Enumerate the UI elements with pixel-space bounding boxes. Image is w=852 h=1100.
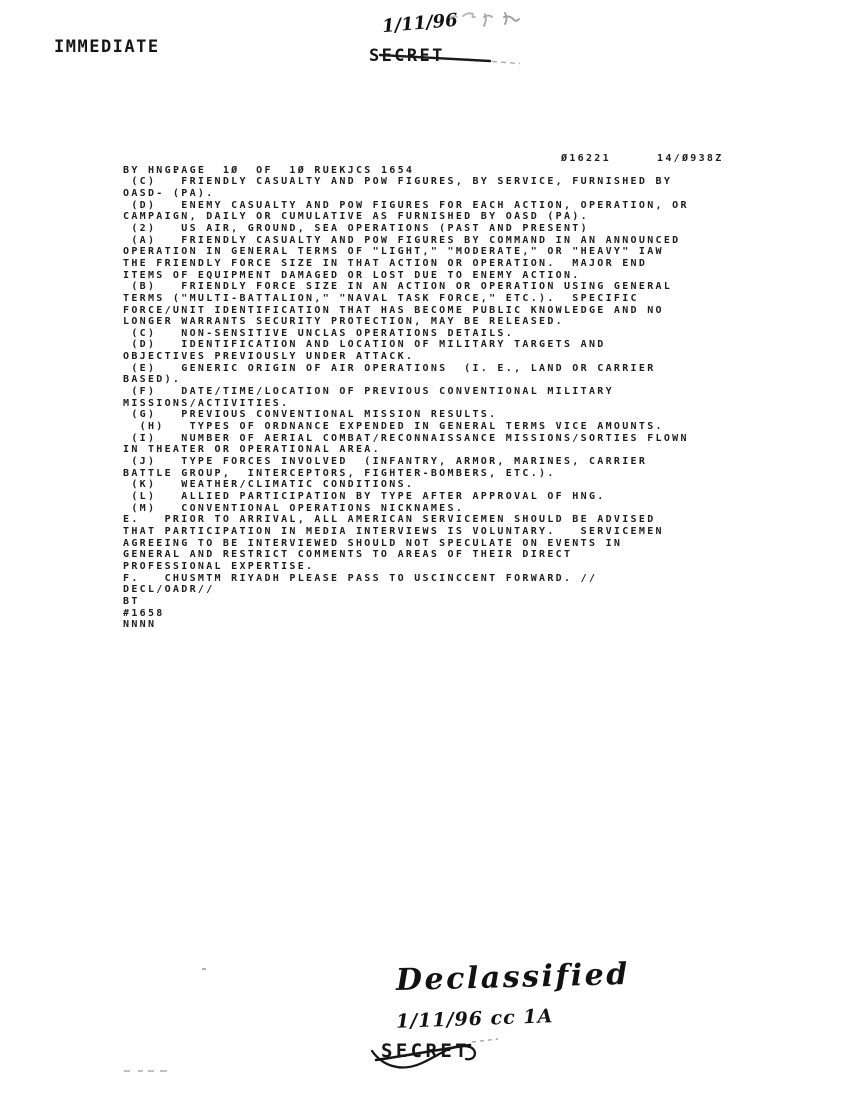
message-body: BY HNG. (C) FRIENDLY CASUALTY AND POW FI…	[123, 165, 763, 631]
scan-noise-dot	[202, 968, 206, 970]
date-time-group: 14/Ø938Z	[657, 153, 724, 165]
message-header-line: PAGE 1Ø OF 1Ø RUEKJCS 1654 Ø16221 14/Ø93…	[123, 153, 763, 165]
handwritten-date-bottom: 1/11/96 cc 1A	[396, 1005, 554, 1032]
scanned-document-page: IMMEDIATE 1/11/96 SECRET PAGE 1Ø OF 1Ø R…	[0, 0, 852, 1100]
scan-noise-dashes	[122, 1068, 182, 1074]
priority-stamp: IMMEDIATE	[54, 37, 160, 57]
handwritten-date-top: 1/11/96	[381, 10, 458, 38]
classification-stamp-top: SECRET	[369, 46, 445, 66]
message-serial-number: Ø16221	[561, 153, 611, 165]
message-text-block: PAGE 1Ø OF 1Ø RUEKJCS 1654 Ø16221 14/Ø93…	[123, 153, 763, 631]
classification-stamp-bottom: SECRET	[381, 1040, 470, 1062]
pencil-scribble-icon	[447, 8, 527, 32]
handwritten-declassified: Declassified	[396, 957, 631, 998]
page-info: PAGE 1Ø OF 1Ø RUEKJCS 1654	[173, 165, 414, 176]
